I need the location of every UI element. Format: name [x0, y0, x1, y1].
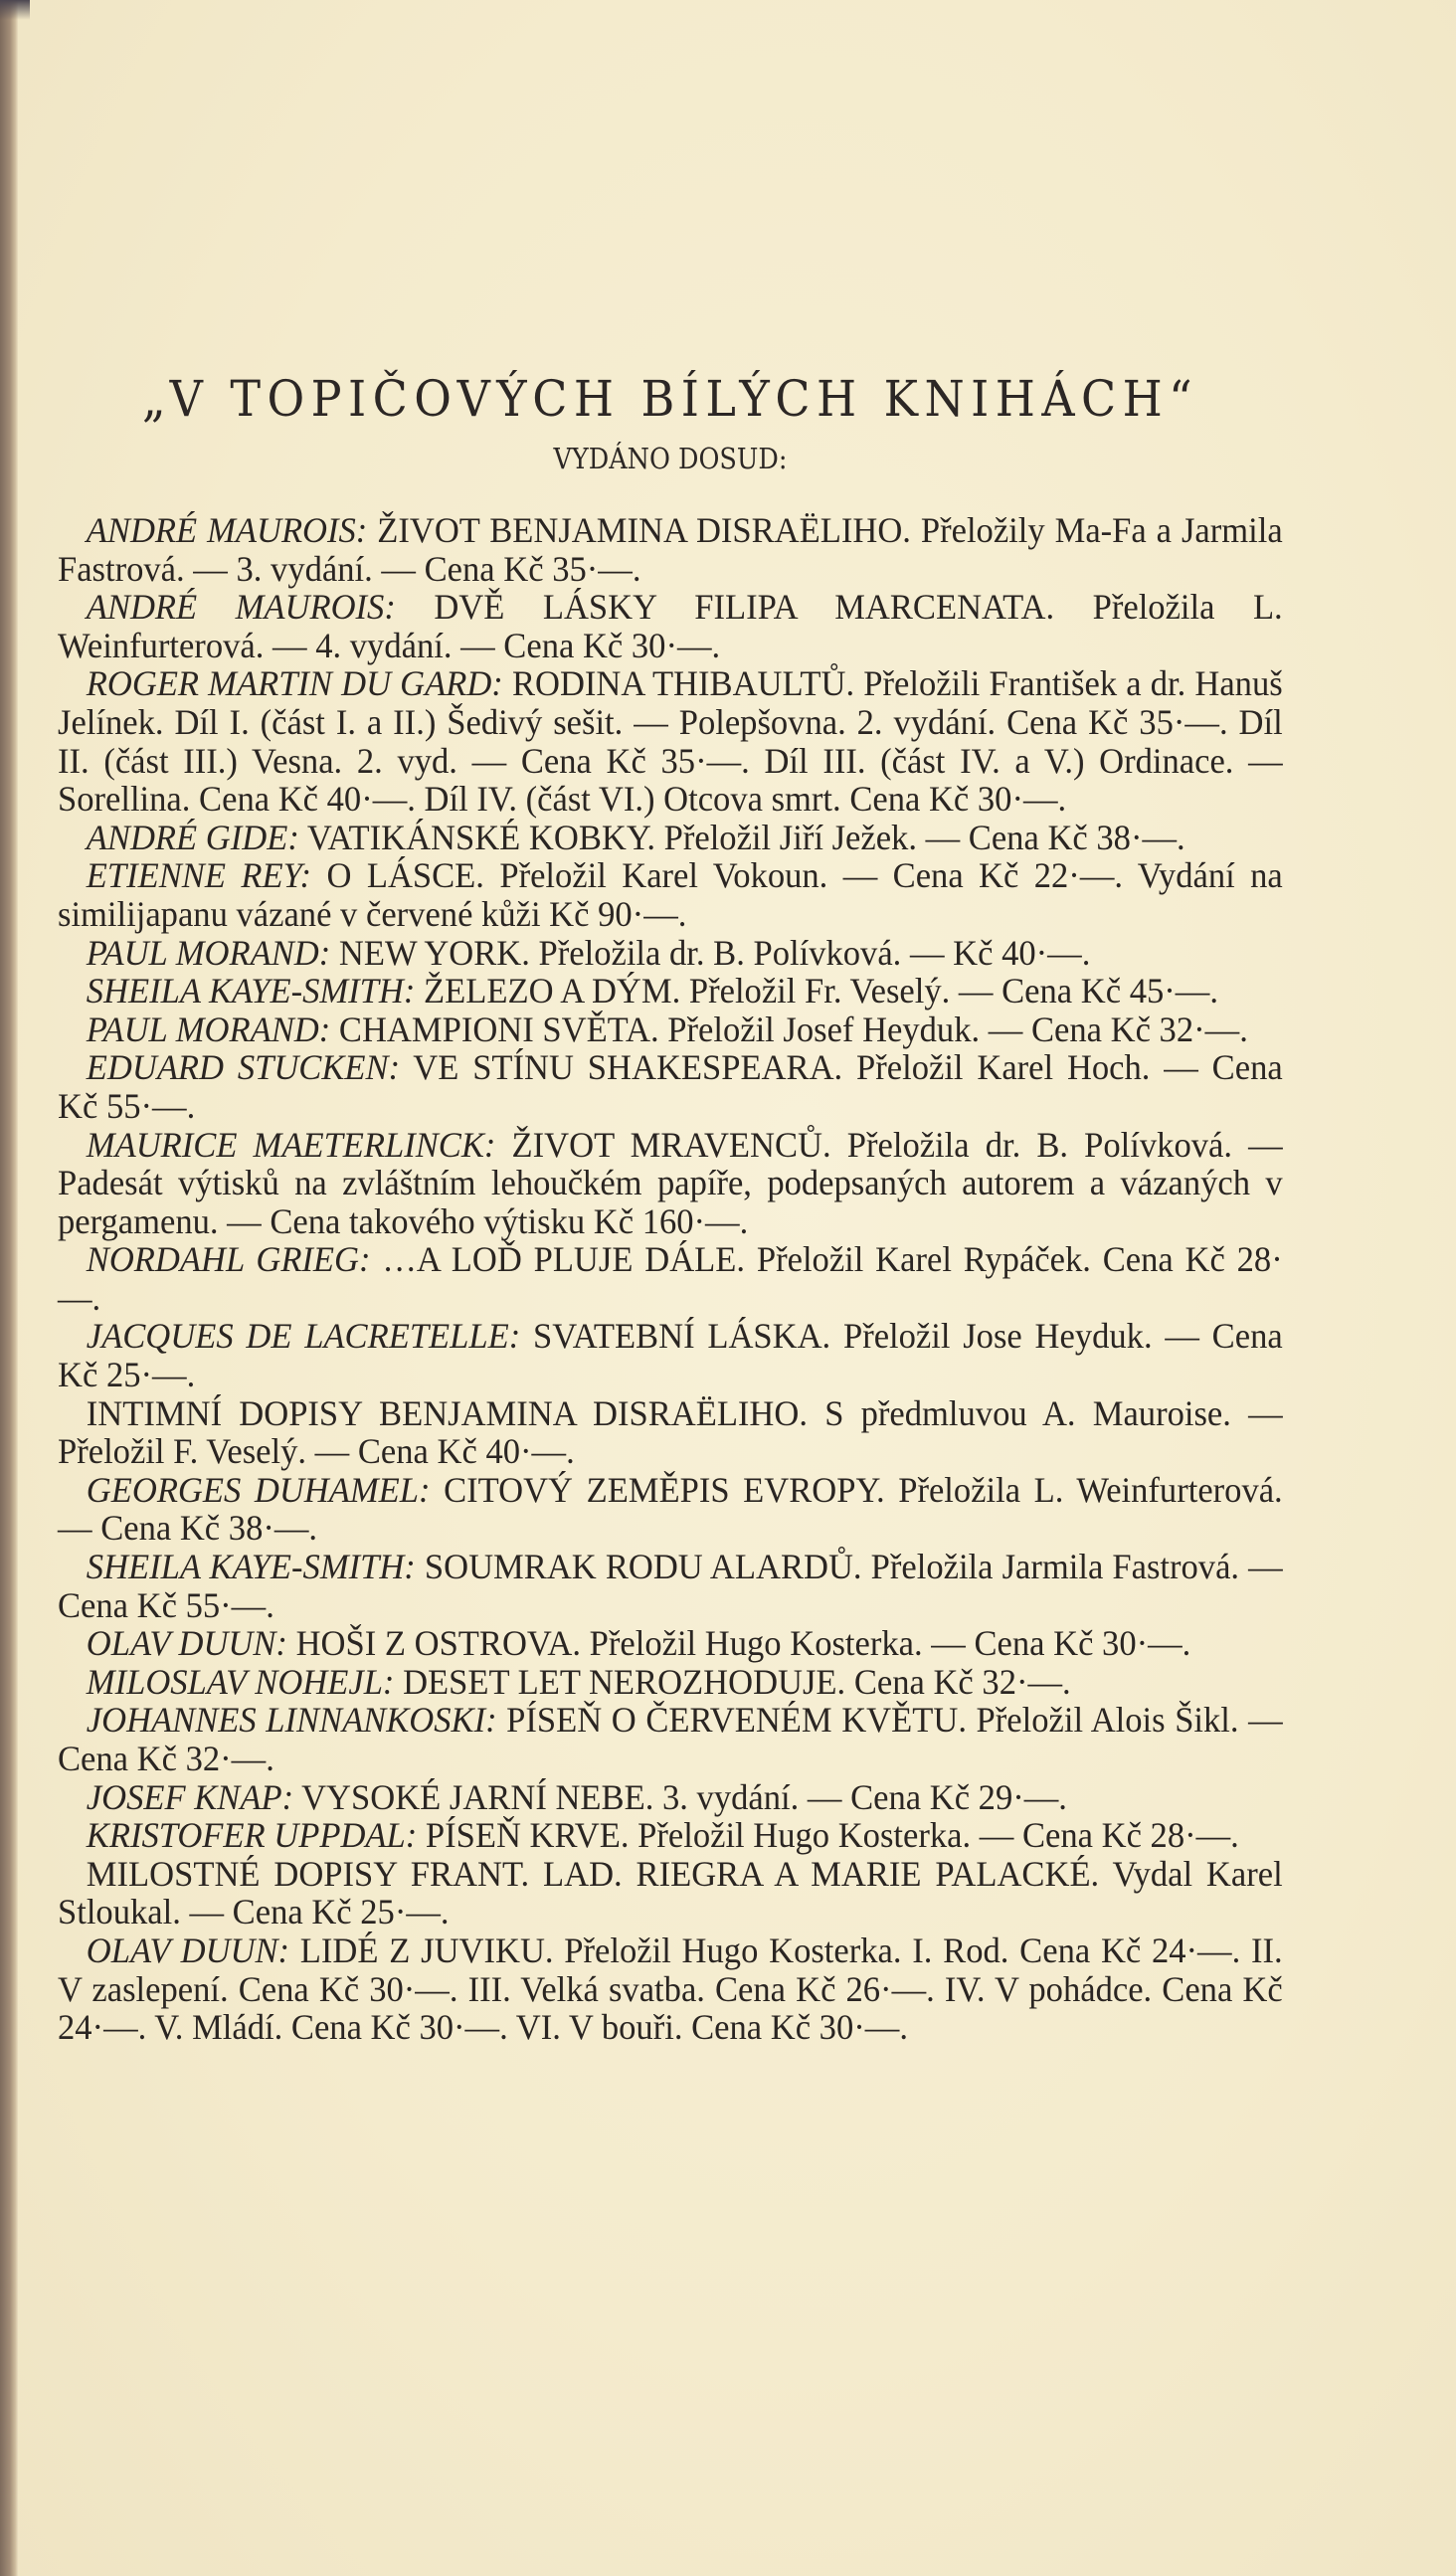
- list-item: MILOSLAV NOHEJL: DESET LET NEROZHODUJE. …: [58, 1663, 1283, 1702]
- list-item: JACQUES DE LACRETELLE: SVATEBNÍ LÁSKA. P…: [58, 1317, 1283, 1393]
- entry-details: Přeložil Hugo Kosterka. — Cena Kč 28·—.: [637, 1815, 1239, 1855]
- entry-title: VYSOKÉ JARNÍ NEBE.: [301, 1777, 653, 1817]
- list-item: ROGER MARTIN DU GARD: RODINA THIBAULTŮ. …: [58, 664, 1283, 818]
- list-item: EDUARD STUCKEN: VE STÍNU SHAKESPEARA. Př…: [58, 1048, 1283, 1125]
- page-subtitle: VYDÁNO DOSUD:: [131, 442, 1209, 475]
- entry-title: ŽELEZO A DÝM.: [424, 971, 680, 1011]
- entry-title: INTIMNÍ DOPISY BENJAMINA DISRAËLIHO.: [87, 1393, 808, 1433]
- list-item: ETIENNE REY: O LÁSCE. Přeložil Karel Vok…: [58, 856, 1283, 933]
- list-item: MAURICE MAETERLINCK: ŽIVOT MRAVENCŮ. Pře…: [58, 1126, 1283, 1241]
- entry-author: JOHANNES LINNANKOSKI:: [87, 1700, 497, 1740]
- entry-title: ŽIVOT BENJAMINA DISRAËLIHO.: [377, 510, 911, 550]
- entry-title: DESET LET NEROZHODUJE.: [403, 1662, 845, 1702]
- list-item: SHEILA KAYE-SMITH: SOUMRAK RODU ALARDŮ. …: [58, 1548, 1283, 1624]
- entry-author: SHEILA KAYE-SMITH:: [87, 1547, 416, 1586]
- entry-details: Přeložil Hugo Kosterka. — Cena Kč 30·—.: [590, 1623, 1191, 1663]
- entry-author: KRISTOFER UPPDAL:: [87, 1815, 417, 1855]
- entry-title: VE STÍNU SHAKESPEARA.: [413, 1047, 842, 1087]
- entry-author: EDUARD STUCKEN:: [87, 1047, 400, 1087]
- entry-author: JACQUES DE LACRETELLE:: [87, 1316, 520, 1356]
- list-item: JOSEF KNAP: VYSOKÉ JARNÍ NEBE. 3. vydání…: [58, 1778, 1283, 1817]
- entry-title: HOŠI Z OSTROVA.: [296, 1623, 581, 1663]
- entry-title: CITOVÝ ZEMĚPIS EVROPY.: [444, 1470, 885, 1510]
- entry-title: NEW YORK.: [339, 933, 530, 973]
- book-page: „V TOPIČOVÝCH BÍLÝCH KNIHÁCH“ VYDÁNO DOS…: [58, 370, 1283, 2047]
- entry-title: RODINA THIBAULTŮ.: [512, 663, 854, 703]
- entry-title: PÍSEŇ O ČERVENÉM KVĚTU.: [506, 1700, 967, 1740]
- entry-title: SVATEBNÍ LÁSKA.: [533, 1316, 830, 1356]
- entry-author: MAURICE MAETERLINCK:: [87, 1125, 496, 1165]
- list-item: PAUL MORAND: NEW YORK. Přeložila dr. B. …: [58, 934, 1283, 973]
- entry-author: ANDRÉ MAUROIS:: [87, 587, 396, 627]
- entry-author: OLAV DUUN:: [87, 1931, 289, 1970]
- entry-details: 3. vydání. — Cena Kč 29·—.: [662, 1777, 1067, 1817]
- entry-author: ANDRÉ GIDE:: [87, 818, 299, 857]
- entry-title: VATIKÁNSKÉ KOBKY.: [307, 818, 655, 857]
- publication-list: ANDRÉ MAUROIS: ŽIVOT BENJAMINA DISRAËLIH…: [58, 511, 1283, 2047]
- entry-title: SOUMRAK RODU ALARDŮ.: [425, 1547, 862, 1586]
- book-binding-edge: [0, 0, 18, 2576]
- entry-author: GEORGES DUHAMEL:: [87, 1470, 431, 1510]
- entry-author: PAUL MORAND:: [87, 933, 330, 973]
- entry-author: ANDRÉ MAUROIS:: [87, 510, 368, 550]
- entry-author: OLAV DUUN:: [87, 1623, 287, 1663]
- entry-title: MILOSTNÉ DOPISY FRANT. LAD. RIEGRA A MAR…: [87, 1854, 1099, 1894]
- list-item: ANDRÉ MAUROIS: DVĚ LÁSKY FILIPA MARCENAT…: [58, 588, 1283, 664]
- entry-author: ETIENNE REY:: [87, 855, 311, 895]
- entry-author: NORDAHL GRIEG:: [87, 1239, 371, 1279]
- list-item: INTIMNÍ DOPISY BENJAMINA DISRAËLIHO. S p…: [58, 1394, 1283, 1471]
- binding-shadow: [0, 0, 30, 20]
- list-item: NORDAHL GRIEG: …A LOĎ PLUJE DÁLE. Přelož…: [58, 1240, 1283, 1317]
- entry-details: Přeložil Jiří Ježek. — Cena Kč 38·—.: [664, 818, 1185, 857]
- entry-title: O LÁSCE.: [326, 855, 483, 895]
- list-item: OLAV DUUN: HOŠI Z OSTROVA. Přeložil Hugo…: [58, 1624, 1283, 1663]
- entry-title: LIDÉ Z JUVIKU.: [300, 1931, 554, 1970]
- entry-details: Přeložila dr. B. Polívková. — Kč 40·—.: [539, 933, 1091, 973]
- entry-author: PAUL MORAND:: [87, 1010, 330, 1049]
- list-item: SHEILA KAYE-SMITH: ŽELEZO A DÝM. Přeloži…: [58, 972, 1283, 1011]
- entry-details: Přeložil Josef Heyduk. — Cena Kč 32·—.: [667, 1010, 1248, 1049]
- list-item: PAUL MORAND: CHAMPIONI SVĚTA. Přeložil J…: [58, 1011, 1283, 1049]
- entry-author: JOSEF KNAP:: [87, 1777, 293, 1817]
- list-item: GEORGES DUHAMEL: CITOVÝ ZEMĚPIS EVROPY. …: [58, 1471, 1283, 1548]
- entry-author: ROGER MARTIN DU GARD:: [87, 663, 503, 703]
- entry-title: CHAMPIONI SVĚTA.: [339, 1010, 659, 1049]
- entry-details: Cena Kč 32·—.: [854, 1662, 1071, 1702]
- list-item: MILOSTNÉ DOPISY FRANT. LAD. RIEGRA A MAR…: [58, 1855, 1283, 1932]
- entry-title: …A LOĎ PLUJE DÁLE.: [382, 1239, 745, 1279]
- page-title: „V TOPIČOVÝCH BÍLÝCH KNIHÁCH“: [106, 370, 1233, 428]
- list-item: JOHANNES LINNANKOSKI: PÍSEŇ O ČERVENÉM K…: [58, 1701, 1283, 1777]
- entry-details: Přeložil Fr. Veselý. — Cena Kč 45·—.: [689, 971, 1218, 1011]
- list-item: KRISTOFER UPPDAL: PÍSEŇ KRVE. Přeložil H…: [58, 1816, 1283, 1855]
- list-item: OLAV DUUN: LIDÉ Z JUVIKU. Přeložil Hugo …: [58, 1932, 1283, 2047]
- list-item: ANDRÉ MAUROIS: ŽIVOT BENJAMINA DISRAËLIH…: [58, 511, 1283, 588]
- list-item: ANDRÉ GIDE: VATIKÁNSKÉ KOBKY. Přeložil J…: [58, 819, 1283, 857]
- entry-title: PÍSEŇ KRVE.: [426, 1815, 630, 1855]
- entry-title: ŽIVOT MRAVENCŮ.: [512, 1125, 831, 1165]
- entry-title: DVĚ LÁSKY FILIPA MARCENATA.: [434, 587, 1054, 627]
- entry-author: SHEILA KAYE-SMITH:: [87, 971, 416, 1011]
- entry-author: MILOSLAV NOHEJL:: [87, 1662, 395, 1702]
